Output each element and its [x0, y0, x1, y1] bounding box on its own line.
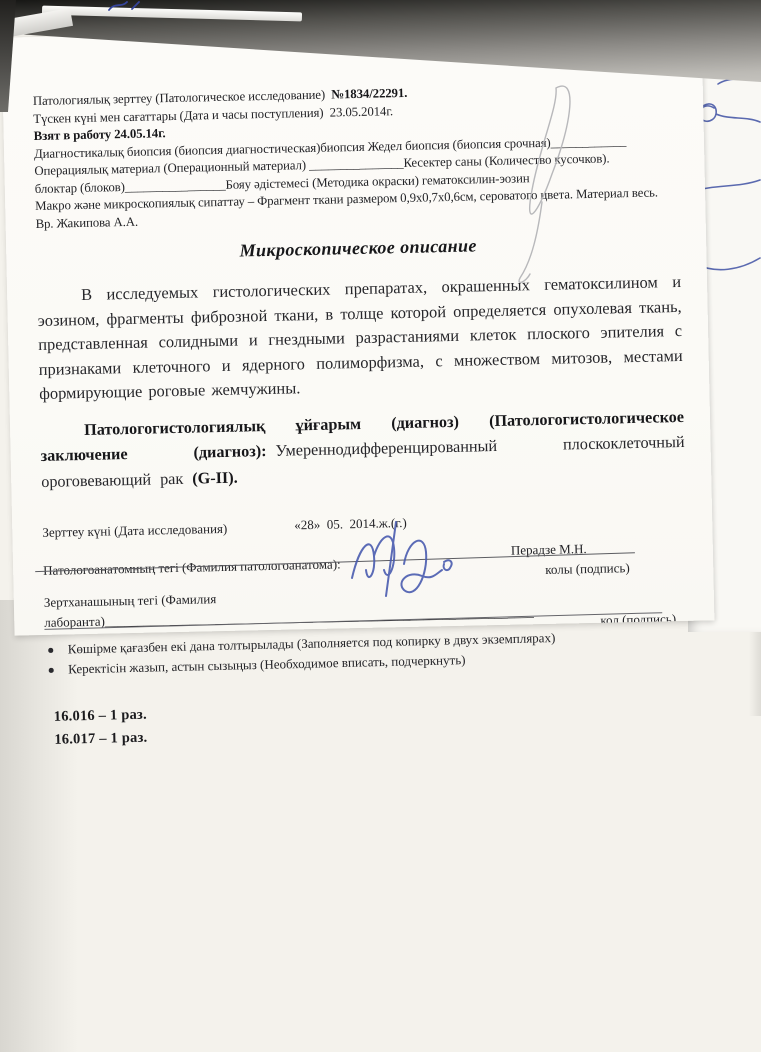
- study-date-label: Зерттеу күні (Дата исследования): [42, 521, 227, 541]
- service-codes: 16.016 – 1 раз. 16.017 – 1 раз.: [54, 691, 699, 752]
- pen-scribble-ink: [498, 80, 608, 295]
- conclusion-grade: (G-II).: [192, 468, 238, 487]
- bullet-icon: [49, 668, 54, 673]
- pathologist-label: Патологоанатомның тегі (Фамилия патолого…: [43, 556, 341, 578]
- bullet-icon: [48, 648, 53, 653]
- received-date: 23.05.2014г.: [330, 104, 394, 119]
- lab-tech-label-1: Зертханашының тегі (Фамилия: [44, 591, 217, 611]
- signature-ink: [338, 512, 483, 612]
- scanned-document: Патологиялық зерттеу (Патологическое исс…: [0, 0, 761, 1052]
- conclusion-paragraph: Патологогистологиялық ұйғарым (диагноз) …: [40, 404, 686, 495]
- notes-block: Көшірме қағазбен екі дана толтырылады (З…: [46, 625, 698, 752]
- signature-caption-kk: колы (подпись): [545, 560, 630, 578]
- report-number: №1834/22291.: [331, 86, 407, 102]
- pen-tick-ink: [106, 0, 142, 12]
